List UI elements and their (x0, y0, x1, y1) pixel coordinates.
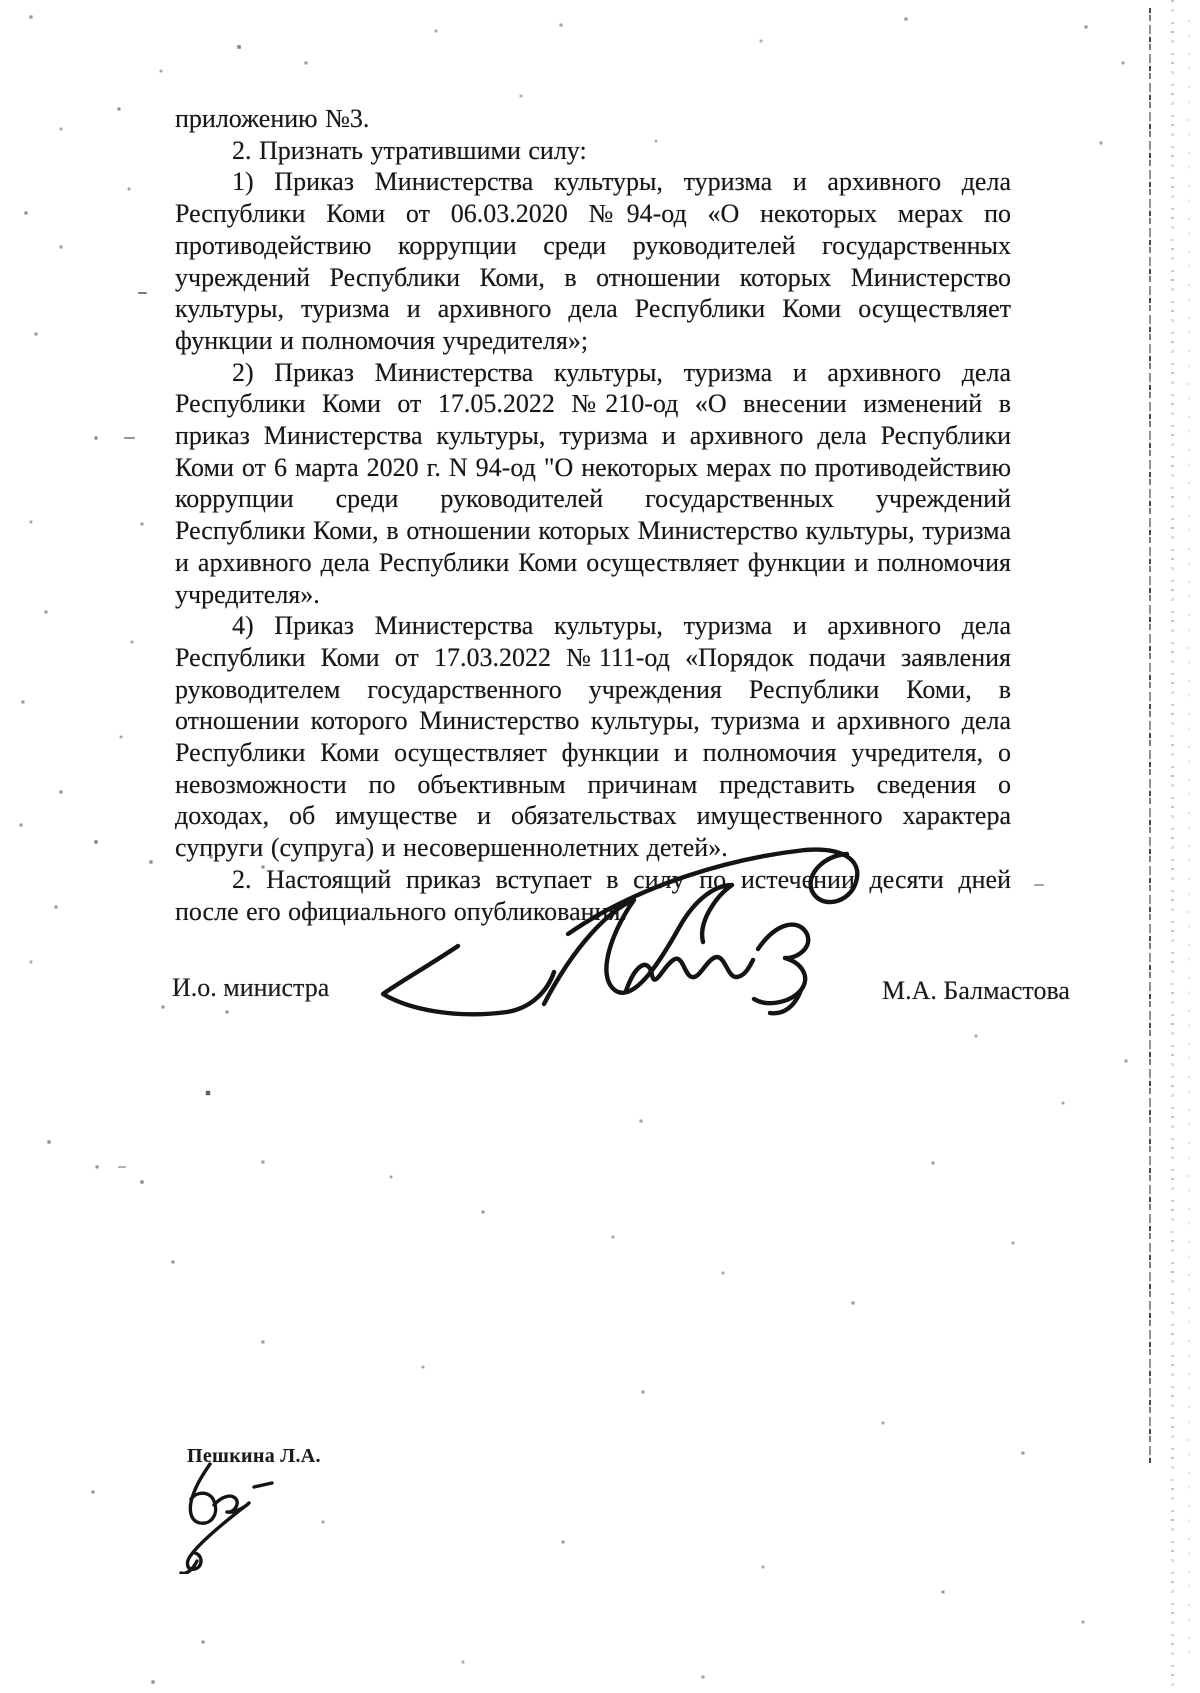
scan-noise-dash (124, 437, 135, 439)
signer-name: М.А. Балмастова (882, 976, 1070, 1006)
scan-artifact-line-faint (1171, 0, 1174, 1693)
list-item-2: 2) Приказ Министерства культуры, туризма… (175, 357, 1011, 611)
paragraph-appendix-ref: приложению №3. (175, 103, 1011, 135)
minister-handwritten-signature-icon (288, 828, 880, 1020)
list-item-4: 4) Приказ Министерства культуры, туризма… (175, 610, 1011, 864)
scan-artifact-line-faintest (1188, 20, 1190, 1660)
scan-noise-speckles (0, 0, 2, 2)
scan-noise-dash (1034, 884, 1044, 886)
document-body: приложению №3. 2. Признать утратившими с… (175, 103, 1011, 927)
scan-noise-dash (138, 292, 147, 294)
list-item-1: 1) Приказ Министерства культуры, туризма… (175, 166, 1011, 356)
paragraph-repeal-intro: 2. Признать утратившими силу: (175, 135, 1011, 167)
scan-artifact-line (1149, 8, 1151, 1463)
scanned-order-page: приложению №3. 2. Признать утратившими с… (0, 0, 1200, 1693)
executor-handwritten-signature-icon (156, 1456, 282, 1574)
scan-noise-dash (118, 1166, 126, 1168)
